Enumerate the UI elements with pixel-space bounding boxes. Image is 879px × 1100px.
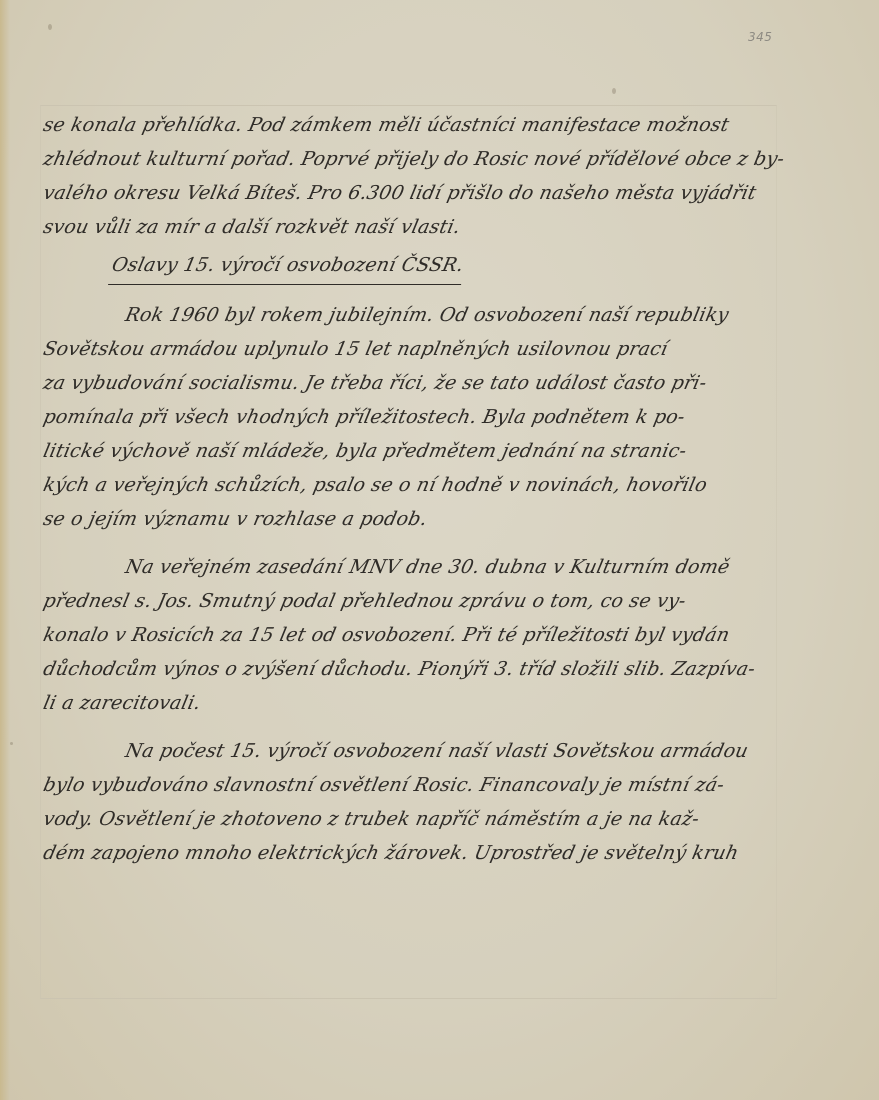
paper-spot	[10, 742, 13, 745]
page-number: 345	[748, 30, 772, 44]
page-binding-edge	[0, 0, 10, 1100]
paragraph-3: Na veřejném zasedání MNV dne 30. dubna v…	[40, 550, 730, 720]
text-line: se konala přehlídka. Pod zámkem měli úča…	[40, 108, 737, 142]
text-line: Sovětskou armádou uplynulo 15 let naplně…	[40, 332, 737, 366]
paragraph-2: Rok 1960 byl rokem jubilejním. Od osvobo…	[40, 298, 730, 536]
paper-spot	[612, 88, 616, 94]
text-line: zhlédnout kulturní pořad. Poprvé přijely…	[40, 142, 737, 176]
chronicle-page: 345 se konala přehlídka. Pod zámkem měli…	[0, 0, 879, 1100]
text-line: pomínala při všech vhodných příležitoste…	[40, 400, 737, 434]
paper-spot	[48, 24, 52, 30]
text-line: Na počest 15. výročí osvobození naší vla…	[40, 734, 737, 768]
text-line: svou vůli za mír a další rozkvět naší vl…	[40, 210, 737, 244]
text-line: litické výchově naší mládeže, byla předm…	[40, 434, 737, 468]
text-line: za vybudování socialismu. Je třeba říci,…	[40, 366, 737, 400]
paragraph-gap	[40, 536, 730, 550]
text-line: se o jejím významu v rozhlase a podob.	[40, 502, 737, 536]
paragraph-1: se konala přehlídka. Pod zámkem měli úča…	[40, 108, 730, 244]
section-heading: Oslavy 15. výročí osvobození ČSSR.	[108, 248, 469, 285]
text-line: valého okresu Velká Bíteš. Pro 6.300 lid…	[40, 176, 737, 210]
text-line: přednesl s. Jos. Smutný podal přehlednou…	[40, 584, 737, 618]
handwritten-text-block: se konala přehlídka. Pod zámkem měli úča…	[40, 108, 730, 870]
text-line: dém zapojeno mnoho elektrických žárovek.…	[40, 836, 737, 870]
text-line: Rok 1960 byl rokem jubilejním. Od osvobo…	[40, 298, 737, 332]
text-line: kých a veřejných schůzích, psalo se o ní…	[40, 468, 737, 502]
paragraph-gap	[40, 720, 730, 734]
text-line: důchodcům výnos o zvýšení důchodu. Pioný…	[40, 652, 737, 686]
section-heading-wrap: Oslavy 15. výročí osvobození ČSSR.	[40, 248, 730, 298]
paragraph-4: Na počest 15. výročí osvobození naší vla…	[40, 734, 730, 870]
text-line: Na veřejném zasedání MNV dne 30. dubna v…	[40, 550, 737, 584]
text-line: vody. Osvětlení je zhotoveno z trubek na…	[40, 802, 737, 836]
text-line: konalo v Rosicích za 15 let od osvobozen…	[40, 618, 737, 652]
text-line: li a zarecitovali.	[40, 686, 737, 720]
text-line: bylo vybudováno slavnostní osvětlení Ros…	[40, 768, 737, 802]
